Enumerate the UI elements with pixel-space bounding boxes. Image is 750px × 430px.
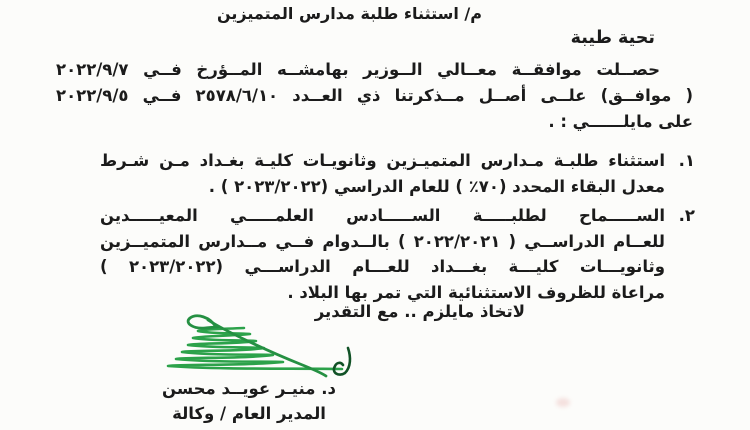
item-2-line-1: الســـــماح لطلبـــــة الســـــادس العلم… [100, 203, 665, 229]
list-item-2: ٢. الســـــماح لطلبـــــة الســـــادس ال… [100, 203, 695, 305]
list-item-1-body: استثناء طلبـة مـدارس المتميـزين وثانويـا… [100, 148, 665, 199]
intro-paragraph: حصــلت موافقــة معــالي الــوزير بهامشــ… [56, 57, 693, 135]
list-item-1: ١. استثناء طلبـة مـدارس المتميـزين وثانو… [100, 148, 695, 199]
list-item-2-number: ٢. [665, 203, 695, 229]
signatory-name: د. منيـر عويــد محسن [138, 376, 360, 401]
intro-line-3: على مايلــــــي : . [56, 109, 693, 135]
greeting-line: تحية طيبة [571, 28, 655, 48]
item-2-line-3: وثانويـــات كليـــة بغـــداد للعـــام ال… [100, 254, 665, 280]
intro-line-2: ( موافــق) علــى أصــل مــذكرتنا ذي العـ… [56, 83, 693, 109]
signatory-title: المدير العام / وكالة [138, 401, 360, 426]
item-1-line-1: استثناء طلبـة مـدارس المتميـزين وثانويـا… [100, 148, 665, 174]
signatory-block: د. منيـر عويــد محسن المدير العام / وكال… [138, 376, 360, 426]
document-page: م/ استثناء طلبة مدارس المتميزين تحية طيب… [0, 0, 750, 430]
signature-hook-stroke [334, 348, 350, 375]
item-1-line-2: معدل البقاء المحدد (٧٠٪ ) للعام الدراسي … [100, 174, 665, 200]
list-item-2-body: الســـــماح لطلبـــــة الســـــادس العلم… [100, 203, 665, 305]
item-2-line-2: للعــام الدراســي ( ٢٠٢٢/٢٠٢١ ) بالــدوا… [100, 229, 665, 255]
intro-line-1: حصــلت موافقــة معــالي الــوزير بهامشــ… [56, 57, 693, 83]
signature-scribble [168, 328, 342, 369]
memo-subject-line: م/ استثناء طلبة مدارس المتميزين [217, 4, 482, 23]
scan-smudge-artifact [556, 398, 570, 407]
numbered-list: ١. استثناء طلبـة مـدارس المتميـزين وثانو… [100, 148, 695, 309]
list-item-1-number: ١. [665, 148, 695, 174]
